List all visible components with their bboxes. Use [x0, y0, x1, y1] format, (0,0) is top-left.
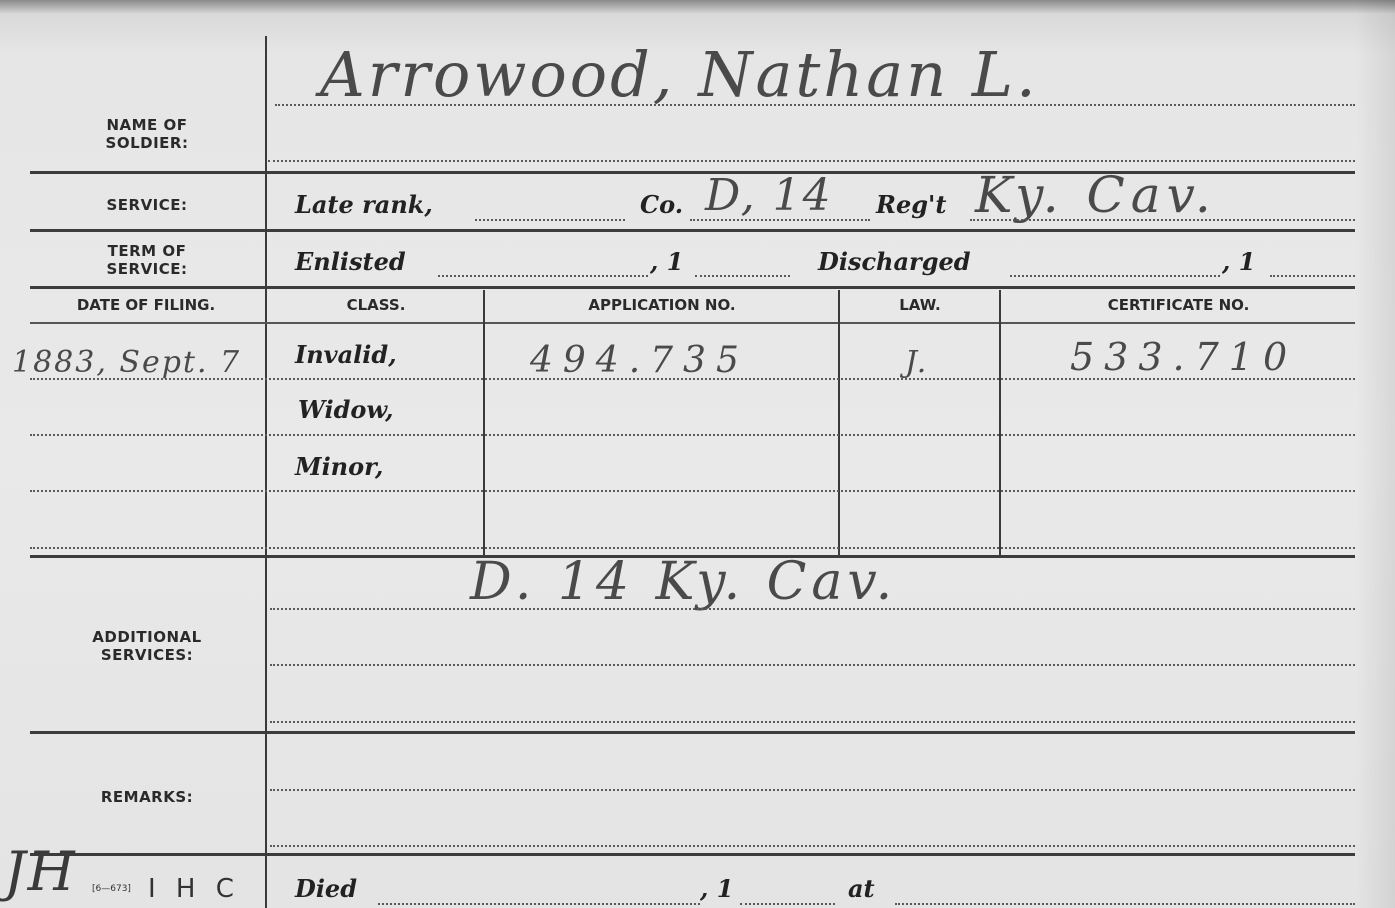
enlisted-label: Enlisted: [295, 247, 406, 276]
remarks-label: REMARKS:: [72, 788, 222, 806]
died-year-prefix: , 1: [700, 874, 733, 903]
co-label: Co.: [640, 190, 683, 219]
co-line: [690, 219, 870, 221]
discharged-line: [1010, 275, 1220, 277]
remarks-line-1: [270, 789, 1355, 791]
enlisted-line: [438, 275, 648, 277]
name-line-2: [268, 160, 1355, 162]
label-column-divider: [265, 36, 267, 908]
term-of-service-label: TERM OF SERVICE:: [82, 242, 212, 278]
row-4-line: [30, 547, 1355, 549]
name-line-1: [275, 104, 1355, 106]
additional-line-1: [270, 608, 1355, 610]
enlisted-year-line: [695, 275, 790, 277]
rule-after-additional: [30, 731, 1355, 734]
regt-label: Reg't: [876, 190, 946, 219]
stamp-letters: I H C: [148, 874, 240, 904]
died-year-line: [740, 903, 835, 905]
discharged-label: Discharged: [818, 247, 971, 276]
service-label: SERVICE:: [82, 196, 212, 214]
rule-after-remarks: [30, 853, 1355, 856]
class-widow-label: Widow,: [298, 395, 394, 424]
col-header-law: LAW.: [840, 296, 1000, 314]
discharged-year-line: [1270, 275, 1355, 277]
rule-under-headers: [30, 322, 1355, 324]
scan-shadow-top: [0, 0, 1395, 14]
died-line: [378, 903, 700, 905]
law-value: J.: [905, 345, 928, 380]
additional-services-value: D. 14 Ky. Cav.: [470, 552, 897, 612]
clerk-initials: JH: [4, 840, 77, 903]
additional-line-2: [270, 664, 1355, 666]
scan-shadow-right: [1355, 0, 1395, 908]
filing-date-value: 1883, Sept. 7: [12, 345, 241, 380]
name-of-soldier-label: NAME OF SOLDIER:: [82, 116, 212, 152]
died-label: Died: [295, 874, 357, 903]
table-divider-class-application: [483, 290, 485, 555]
table-divider-law-certificate: [999, 290, 1001, 555]
form-code: [6—673]: [92, 884, 131, 894]
table-divider-application-law: [838, 290, 840, 555]
class-minor-label: Minor,: [295, 452, 383, 481]
soldier-name-value: Arrowood, Nathan L.: [320, 38, 1039, 111]
at-label: at: [848, 874, 875, 903]
row-3-line: [30, 490, 1355, 492]
enlisted-year-prefix: , 1: [650, 247, 683, 276]
co-value: D, 14: [705, 170, 833, 221]
at-line: [895, 903, 1355, 905]
row-1-line: [30, 378, 1355, 380]
rule-after-service: [30, 229, 1355, 232]
discharged-year-prefix: , 1: [1222, 247, 1255, 276]
application-number-value: 494.735: [530, 340, 749, 381]
late-rank-line: [475, 219, 625, 221]
col-header-application: APPLICATION NO.: [486, 296, 838, 314]
class-invalid-label: Invalid,: [295, 340, 397, 369]
col-header-certificate: CERTIFICATE NO.: [1002, 296, 1355, 314]
col-header-class: CLASS.: [268, 296, 484, 314]
late-rank-label: Late rank,: [295, 190, 433, 219]
regt-line: [970, 219, 1355, 221]
row-2-line: [30, 434, 1355, 436]
additional-services-label: ADDITIONAL SERVICES:: [62, 628, 232, 664]
remarks-line-2: [270, 845, 1355, 847]
col-header-date: DATE OF FILING.: [30, 296, 262, 314]
additional-line-3: [270, 721, 1355, 723]
rule-after-term: [30, 286, 1355, 289]
certificate-number-value: 533.710: [1070, 335, 1297, 379]
regt-value: Ky. Cav.: [975, 166, 1217, 224]
